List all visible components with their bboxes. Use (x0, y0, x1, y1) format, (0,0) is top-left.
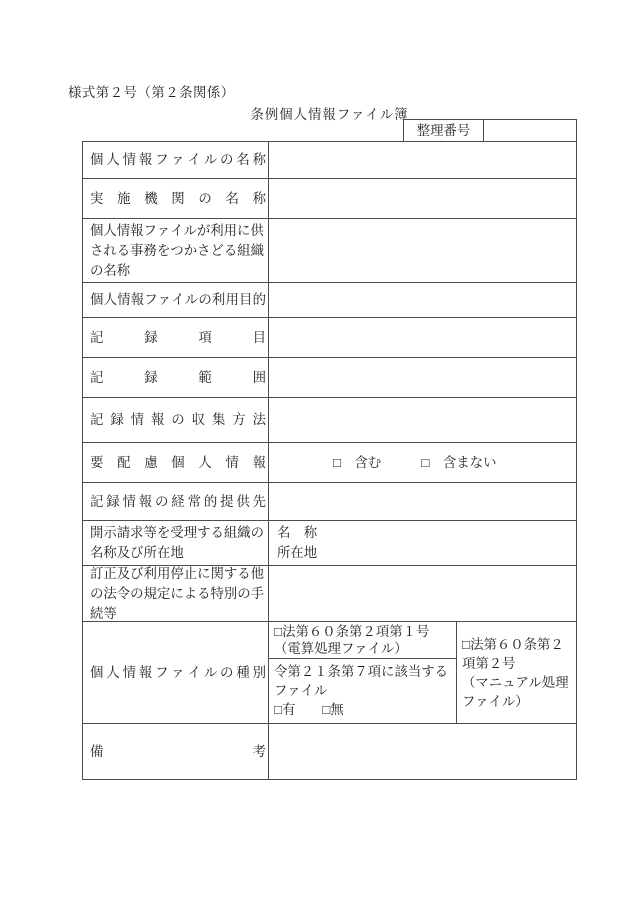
row-value-collection-method (269, 398, 576, 442)
table-row-purpose: 個人情報ファイルの利用目的 (83, 283, 576, 318)
table-row-routine-recipients: 記録情報の経常的提供先 (83, 483, 576, 521)
table-row-disclosure-office: 開示請求等を受理する組織の名称及び所在地 名 称 所在地 (83, 521, 576, 566)
reference-number-box: 整理番号 (403, 119, 577, 141)
row-label-disclosure-office: 開示請求等を受理する組織の名称及び所在地 (83, 521, 269, 565)
form-number: 様式第２号（第２条関係） (68, 82, 235, 101)
reference-number-label: 整理番号 (404, 120, 484, 141)
row-value-record-items (269, 318, 576, 357)
sensitive-info-checkbox-options: □ 含む □ 含まない (269, 443, 576, 482)
table-row-remarks: 備考 (83, 724, 576, 779)
row-label-routine-recipients: 記録情報の経常的提供先 (83, 483, 269, 520)
row-label-collection-method: 記録情報の収集方法 (83, 398, 269, 442)
row-label-sensitive-info: 要配慮個人情報 (83, 443, 269, 482)
form-table: 個人情報ファイルの名称 実施機関の名称 個人情報ファイルが利用に供される事務をつ… (82, 141, 577, 780)
row-value-special-procedures (269, 566, 576, 621)
reference-number-value (484, 120, 576, 141)
row-label-record-items: 記録項目 (83, 318, 269, 357)
row-value-record-scope (269, 358, 576, 397)
table-row-file-kind: 個人情報ファイルの種別 □法第６０条第２項第１号 （電算処理ファイル） 令第２１… (83, 622, 576, 724)
row-value-file-name (269, 142, 576, 178)
table-row-record-scope: 記録範囲 (83, 358, 576, 398)
row-value-remarks (269, 724, 576, 779)
row-value-agency-name (269, 179, 576, 218)
row-value-organization (269, 219, 576, 282)
file-kind-left-column: □法第６０条第２項第１号 （電算処理ファイル） 令第２１条第７項に該当する ファ… (269, 622, 457, 723)
table-row-file-name: 個人情報ファイルの名称 (83, 142, 576, 179)
row-label-organization: 個人情報ファイルが利用に供される事務をつかさどる組織の名称 (83, 219, 269, 282)
row-label-agency-name: 実施機関の名称 (83, 179, 269, 218)
file-kind-article21-option: 令第２１条第７項に該当する ファイル □有 □無 (269, 659, 456, 723)
file-kind-manual-option: □法第６０条第２ 項第２号 （マニュアル処理 ファイル） (457, 622, 576, 723)
file-kind-electronic-option: □法第６０条第２項第１号 （電算処理ファイル） (269, 622, 456, 659)
table-row-agency-name: 実施機関の名称 (83, 179, 576, 219)
document-page: 様式第２号（第２条関係） 条例個人情報ファイル簿 整理番号 個人情報ファイルの名… (0, 0, 630, 903)
table-row-record-items: 記録項目 (83, 318, 576, 358)
row-label-file-name: 個人情報ファイルの名称 (83, 142, 269, 178)
row-value-disclosure-office: 名 称 所在地 (269, 521, 576, 565)
table-row-sensitive-info: 要配慮個人情報 □ 含む □ 含まない (83, 443, 576, 483)
table-row-special-procedures: 訂正及び利用停止に関する他の法令の規定による特別の手続等 (83, 566, 576, 622)
file-kind-options: □法第６０条第２項第１号 （電算処理ファイル） 令第２１条第７項に該当する ファ… (269, 622, 576, 723)
row-label-record-scope: 記録範囲 (83, 358, 269, 397)
row-label-purpose: 個人情報ファイルの利用目的 (83, 283, 269, 317)
row-label-remarks: 備考 (83, 724, 269, 779)
row-label-special-procedures: 訂正及び利用停止に関する他の法令の規定による特別の手続等 (83, 566, 269, 621)
row-value-routine-recipients (269, 483, 576, 520)
table-row-collection-method: 記録情報の収集方法 (83, 398, 576, 443)
row-value-purpose (269, 283, 576, 317)
row-label-file-kind: 個人情報ファイルの種別 (83, 622, 269, 723)
table-row-organization: 個人情報ファイルが利用に供される事務をつかさどる組織の名称 (83, 219, 576, 283)
